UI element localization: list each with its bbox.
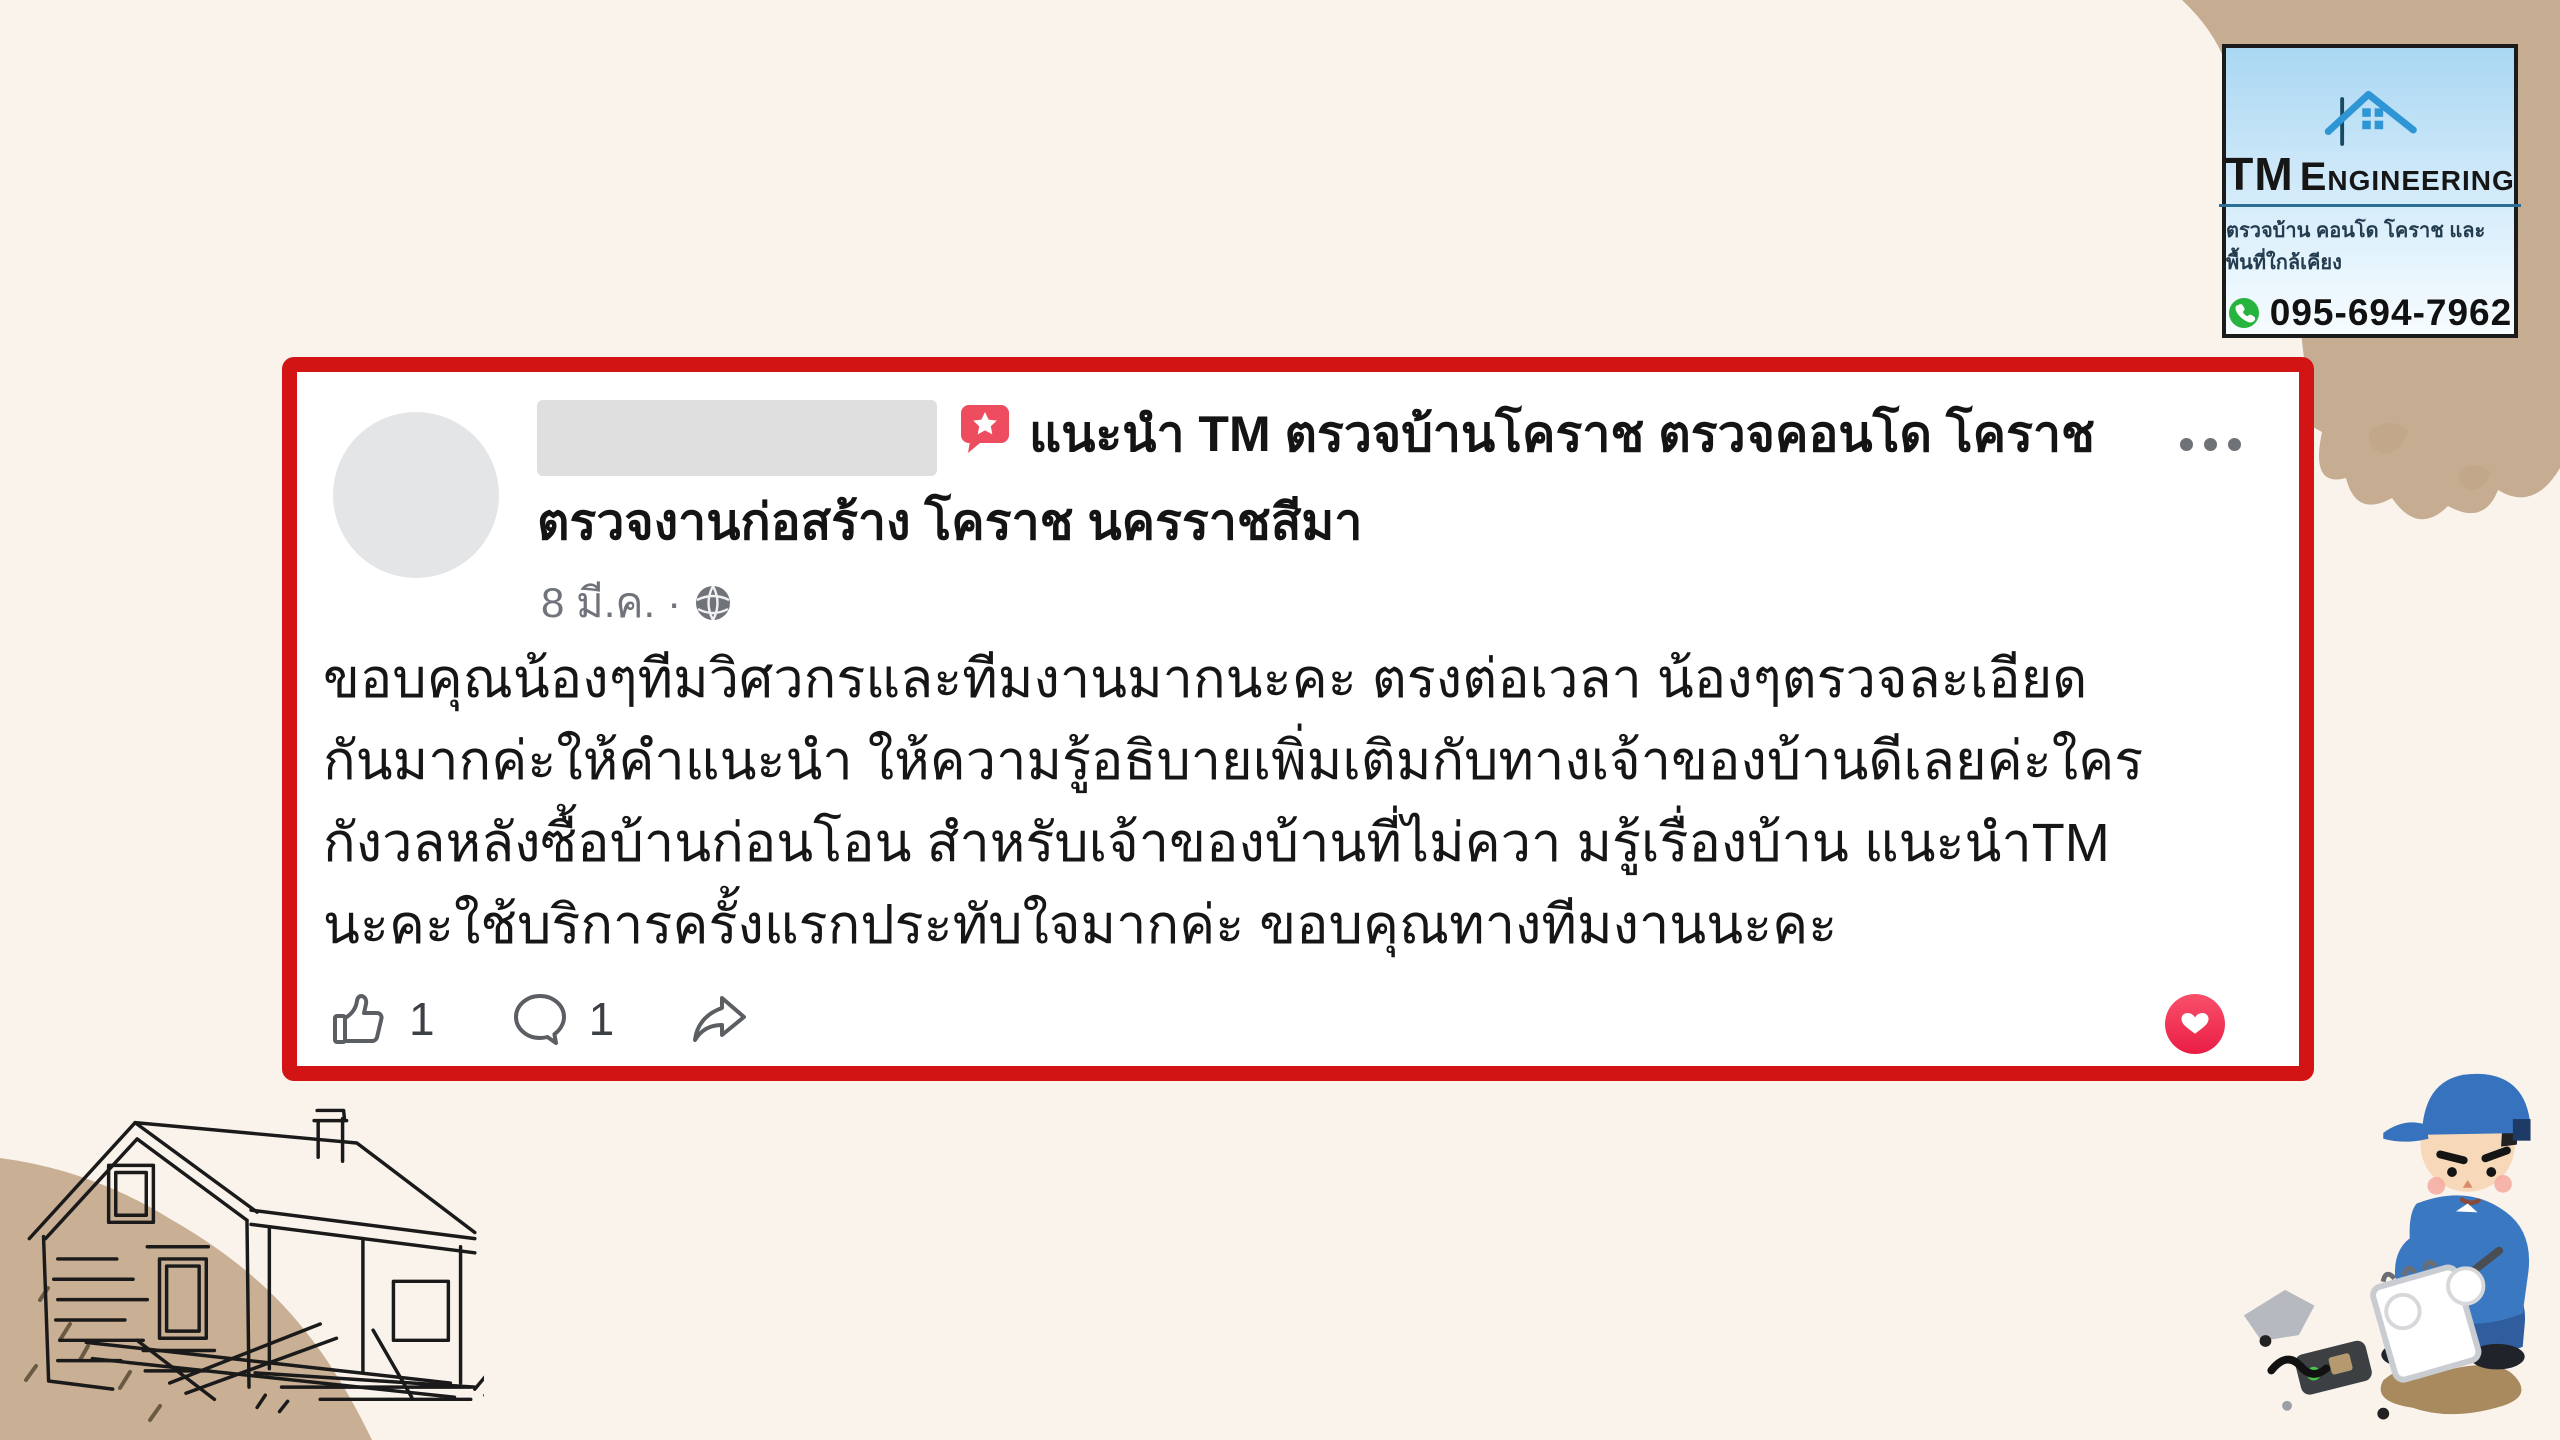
post-body-line: ขอบคุณน้องๆทีมวิศวกรและทีมงานมากนะคะ ตรง… <box>323 638 2143 720</box>
avatar <box>333 412 499 578</box>
post-date-row: 8 มี.ค. · <box>541 570 733 636</box>
post-body-line: กังวลหลังซื้อบ้านก่อนโอน สำหรับเจ้าของบ้… <box>323 802 2143 884</box>
comment-count: 1 <box>589 992 615 1046</box>
post-body-line: นะคะใช้บริการครั้งแรกประทับใจมากค่ะ ขอบค… <box>323 884 2143 966</box>
comment-icon <box>509 988 571 1050</box>
like-count: 1 <box>409 992 435 1046</box>
like-button[interactable]: 1 <box>329 988 435 1050</box>
recommend-flag-icon <box>957 399 1013 455</box>
phone-icon <box>2228 297 2260 329</box>
company-name: TM Engineering <box>2219 147 2520 207</box>
company-phone-row: 095-694-7962 <box>2228 292 2512 334</box>
company-phone-number: 095-694-7962 <box>2270 292 2512 334</box>
share-icon <box>688 988 750 1050</box>
post-menu-button[interactable] <box>2180 438 2241 451</box>
post-date: 8 มี.ค. <box>541 570 655 636</box>
share-button[interactable] <box>688 988 750 1050</box>
facebook-post-screenshot: แนะนำ TM ตรวจบ้านโคราช ตรวจคอนโด โคราช ต… <box>282 357 2314 1081</box>
blurred-username-placeholder <box>537 400 937 476</box>
comment-button[interactable]: 1 <box>509 988 615 1050</box>
post-body: ขอบคุณน้องๆทีมวิศวกรและทีมงานมากนะคะ ตรง… <box>323 638 2143 966</box>
post-action-row: 1 1 <box>329 988 824 1050</box>
thumbs-up-icon <box>329 988 391 1050</box>
company-name-engineering: Engineering <box>2300 155 2515 200</box>
love-reaction-icon <box>2163 992 2227 1056</box>
globe-privacy-icon <box>693 583 733 623</box>
date-separator: · <box>667 579 681 627</box>
inspector-cartoon <box>2236 1022 2560 1440</box>
poster-canvas: TM Engineering ตรวจบ้าน คอนโด โคราช และพ… <box>0 0 2560 1440</box>
company-name-tm: TM <box>2225 147 2293 201</box>
house-logo-icon <box>2304 82 2436 147</box>
company-tagline: ตรวจบ้าน คอนโด โคราช และพื้นที่ใกล้เคียง <box>2226 214 2514 278</box>
company-logo-card: TM Engineering ตรวจบ้าน คอนโด โคราช และพ… <box>2222 44 2518 338</box>
post-header: แนะนำ TM ตรวจบ้านโคราช ตรวจคอนโด โคราช ต… <box>537 392 2197 564</box>
post-body-line: กันมากค่ะให้คำแนะนำ ให้ความรู้อธิบายเพิ่… <box>323 720 2143 802</box>
old-house-illustration <box>14 1084 484 1440</box>
